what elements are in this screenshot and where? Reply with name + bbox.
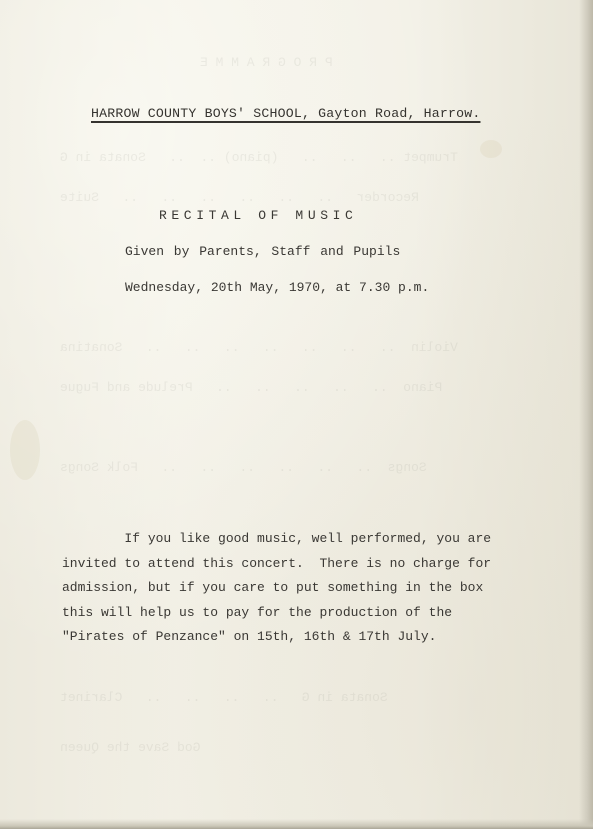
bleed-through-text: God Save the Queen <box>60 740 200 755</box>
bleed-through-text: Piano .. .. .. .. .. Prelude and Fugue <box>60 380 442 395</box>
paper-stain <box>10 420 40 480</box>
event-datetime: Wednesday, 20th May, 1970, at 7.30 p.m. <box>125 280 429 295</box>
performers-subtitle: Given by Parents, Staff and Pupils <box>125 244 400 259</box>
paper-stain <box>480 140 502 158</box>
paragraph-line: If you like good music, well performed, … <box>62 527 532 552</box>
recital-title: RECITAL OF MUSIC <box>159 208 357 223</box>
bleed-through-text: Songs .. .. .. .. .. .. Folk Songs <box>60 460 427 475</box>
bleed-through-text: Trumpet .. .. .. (piano) .. .. Sonata in… <box>60 150 458 165</box>
paragraph-line: "Pirates of Penzance" on 15th, 16th & 17… <box>62 625 532 650</box>
school-header: HARROW COUNTY BOYS' SCHOOL, Gayton Road,… <box>91 106 480 121</box>
paragraph-line: invited to attend this concert. There is… <box>62 552 532 577</box>
page-edge-shadow <box>579 0 593 829</box>
bleed-through-text: Violin .. .. .. .. .. .. .. Sonatina <box>60 340 458 355</box>
bleed-through-text: Sonata in G .. .. .. .. Clarinet <box>60 690 388 705</box>
paragraph-line: this will help us to pay for the product… <box>62 601 532 626</box>
invitation-paragraph: If you like good music, well performed, … <box>62 527 532 650</box>
scanned-page: P R O G R A M M E Trumpet .. .. .. (pian… <box>0 0 593 829</box>
bleed-through-text: P R O G R A M M E <box>200 55 333 70</box>
paragraph-line: admission, but if you care to put someth… <box>62 576 532 601</box>
bleed-through-text: Recorder .. .. .. .. .. .. Suite <box>60 190 419 205</box>
page-edge-shadow <box>0 819 593 829</box>
